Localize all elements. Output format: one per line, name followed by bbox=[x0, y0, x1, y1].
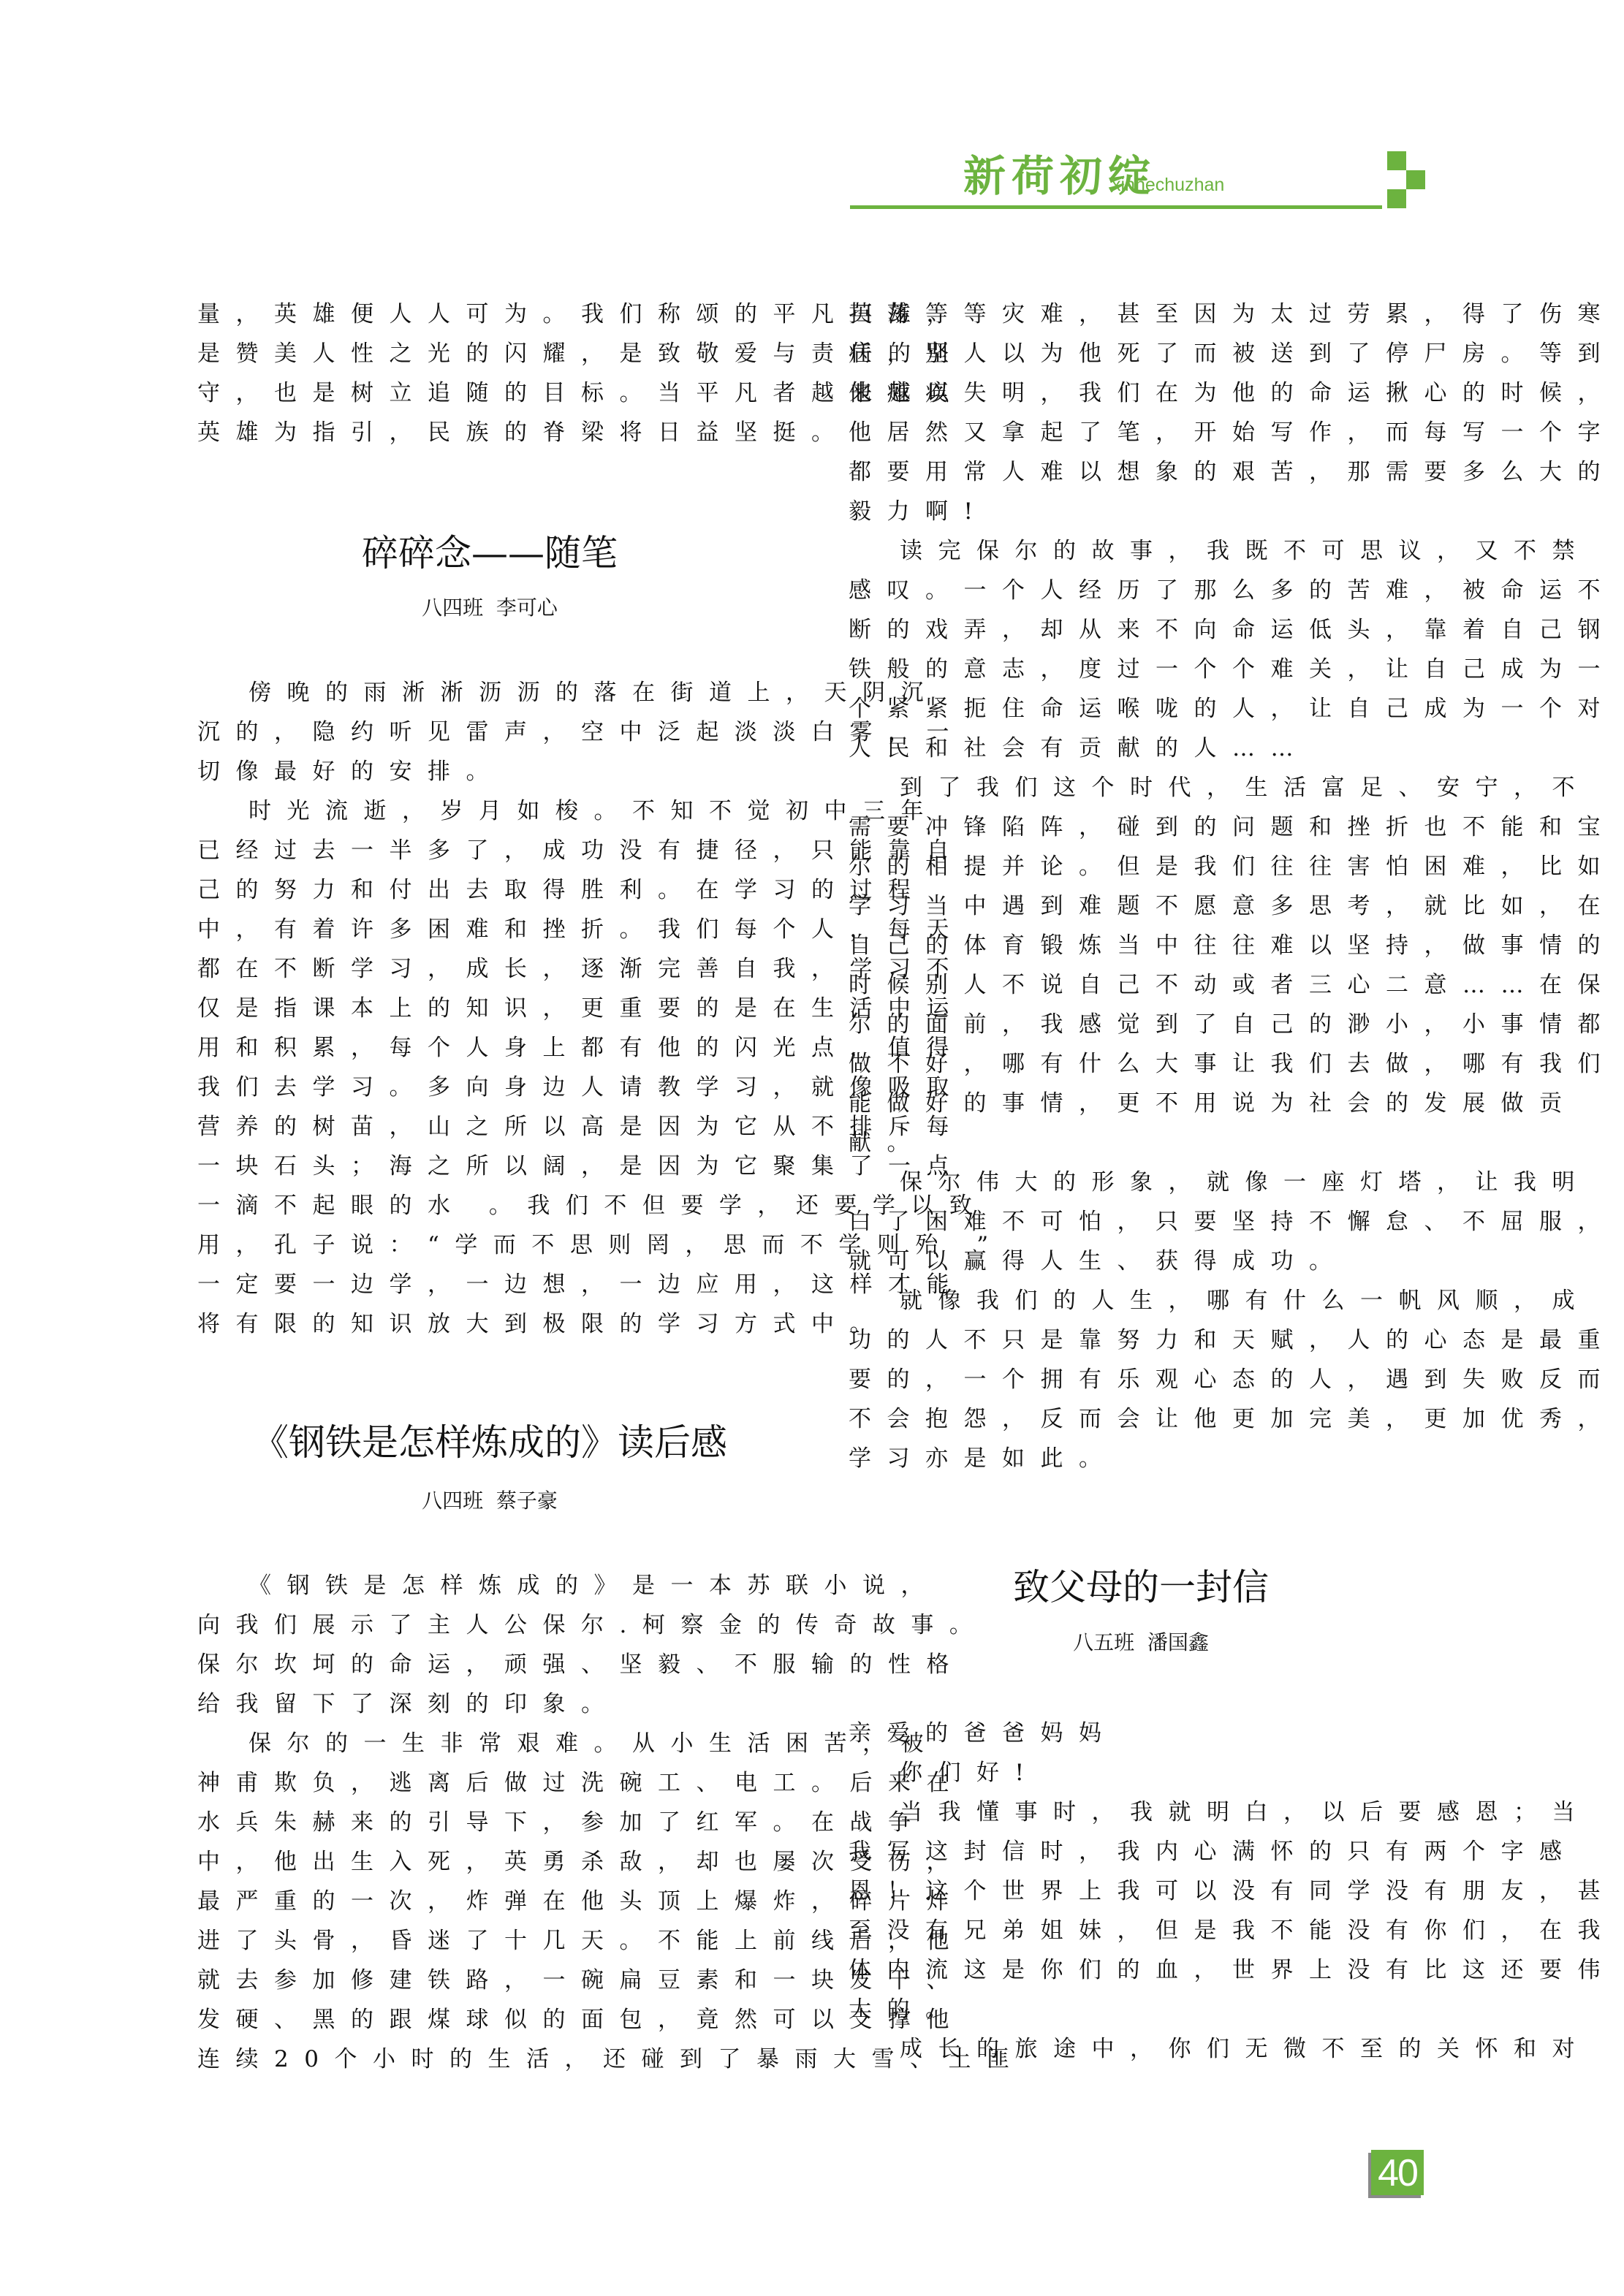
text-line: 英雄为指引，民族的脊梁将日益坚挺。 bbox=[197, 418, 782, 447]
text-line: 守，也是树立追随的目标。当平凡者越来越以 bbox=[197, 379, 782, 408]
text-line: 扫荡等等灾难，甚至因为太过劳累，得了伤寒 bbox=[849, 300, 1433, 329]
text-line: 时候别人不说自己不动或者三心二意……在保 bbox=[849, 970, 1433, 1000]
text-line: 我们去学习。多向身边人请教学习，就像吸取 bbox=[197, 1073, 782, 1102]
text-line: 就像我们的人生，哪有什么一帆风顺，成 bbox=[849, 1286, 1433, 1315]
text-line: 成长的旅途中，你们无微不至的关怀和对 bbox=[849, 2034, 1433, 2064]
text-line: 切像最好的安排。 bbox=[197, 757, 782, 786]
text-line: 体内流这是你们的血，世界上没有比这还要伟 bbox=[849, 1955, 1433, 1985]
text-line: 个紧紧扼住命运喉咙的人，让自己成为一个对 bbox=[849, 694, 1433, 723]
text-line: 至没有兄弟姐妹，但是我不能没有你们，在我 bbox=[849, 1916, 1433, 1945]
article-suisuinian-title: 碎碎念——随笔 bbox=[197, 530, 782, 577]
text-line: 断的戏弄，却从来不向命运低头，靠着自己钢 bbox=[849, 615, 1433, 645]
text-line: 就可以赢得人生、获得成功。 bbox=[849, 1247, 1433, 1276]
text-line: 用和积累，每个人身上都有他的闪光点，值得 bbox=[197, 1033, 782, 1063]
text-line: 尔的相提并论。但是我们往往害怕困难，比如 bbox=[849, 852, 1433, 881]
text-line: 献。 bbox=[849, 1128, 1433, 1157]
text-line: 恩！这个世界上我可以没有同学没有朋友，甚 bbox=[849, 1877, 1433, 1906]
text-line: 亲爱的爸爸妈妈 bbox=[849, 1719, 1433, 1748]
text-line: 感叹。一个人经历了那么多的苦难，被命运不 bbox=[849, 576, 1433, 605]
text-line: 毅力啊! bbox=[849, 497, 1433, 526]
text-line: 己的努力和付出去取得胜利。在学习的过程 bbox=[197, 875, 782, 905]
article-letter-author: 八五班 潘国鑫 bbox=[849, 1630, 1433, 1656]
text-line: 进了头骨，昏迷了十几天。不能上前线后，他 bbox=[197, 1926, 782, 1955]
text-line: 傍晚的雨淅淅沥沥的落在街道上，天阴沉 bbox=[197, 678, 782, 707]
text-line: 一块石头；海之所以阔，是因为它聚集了一点 bbox=[197, 1152, 782, 1181]
text-line: 功的人不只是靠努力和天赋，人的心态是最重 bbox=[849, 1326, 1433, 1355]
text-line: 保尔坎坷的命运，顽强、坚毅、不服输的性格 bbox=[197, 1650, 782, 1679]
text-line: 时光流逝，岁月如梭。不知不觉初中三年 bbox=[197, 797, 782, 826]
right-column: 扫荡等等灾难，甚至因为太过劳累，得了伤寒病，别人以为他死了而被送到了停尸房。等到… bbox=[849, 0, 1433, 2296]
text-line: 你们好! bbox=[849, 1758, 1433, 1787]
text-line: 白了困难不可怕，只要坚持不懈怠、不屈服， bbox=[849, 1207, 1433, 1236]
text-line: 中，他出生入死，英勇杀敌，却也屡次受伤， bbox=[197, 1847, 782, 1877]
text-line: 他瘫痪失明，我们在为他的命运揪心的时候， bbox=[849, 379, 1433, 408]
text-line: 营养的树苗，山之所以高是因为它从不排斥每 bbox=[197, 1112, 782, 1141]
text-line: 已经过去一半多了，成功没有捷径，只能靠自 bbox=[197, 836, 782, 865]
text-line: 做不好，哪有什么大事让我们去做，哪有我们 bbox=[849, 1049, 1433, 1079]
text-line: 自己的体育锻炼当中往往难以坚持，做事情的 bbox=[849, 931, 1433, 960]
text-line: 当我懂事时，我就明白，以后要感恩；当 bbox=[849, 1798, 1433, 1827]
left-column: 量，英雄便人人可为。我们称颂的平凡英雄，是赞美人性之光的闪耀，是致敬爱与责任的坚… bbox=[197, 0, 782, 2296]
text-line: 大的。 bbox=[849, 1995, 1433, 2024]
text-line: 仅是指课本上的知识，更重要的是在生活中运 bbox=[197, 994, 782, 1023]
text-line: 一定要一边学，一边想，一边应用，这样才能 bbox=[197, 1270, 782, 1299]
text-line: 铁般的意志，度过一个个难关，让自己成为一 bbox=[849, 655, 1433, 684]
text-line: 能做好的事情，更不用说为社会的发展做贡 bbox=[849, 1089, 1433, 1118]
text-line: 量，英雄便人人可为。我们称颂的平凡英雄， bbox=[197, 300, 782, 329]
article-gangtie-author: 八四班 蔡子豪 bbox=[197, 1488, 782, 1514]
text-line: 《钢铁是怎样炼成的》是一本苏联小说， bbox=[197, 1571, 782, 1600]
text-line: 要的，一个拥有乐观心态的人，遇到失败反而 bbox=[849, 1365, 1433, 1394]
text-line: 最严重的一次，炸弹在他头顶上爆炸，碎片炸 bbox=[197, 1887, 782, 1916]
text-line: 需要冲锋陷阵，碰到的问题和挫折也不能和宝 bbox=[849, 813, 1433, 842]
text-line: 到了我们这个时代，生活富足、安宁，不 bbox=[849, 773, 1433, 802]
text-line: 发硬、黑的跟煤球似的面包，竟然可以支撑他 bbox=[197, 2005, 782, 2034]
text-line: 将有限的知识放大到极限的学习方式中。 bbox=[197, 1309, 782, 1339]
text-line: 中，有着许多困难和挫折。我们每个人，每天 bbox=[197, 915, 782, 944]
text-line: 我写这封信时，我内心满怀的只有两个字感 bbox=[849, 1837, 1433, 1866]
text-line: 连续20个小时的生活，还碰到了暴雨大雪、土匪 bbox=[197, 2045, 782, 2074]
text-line: 就去参加修建铁路，一碗扁豆素和一块发干、 bbox=[197, 1966, 782, 1995]
text-line: 不会抱怨，反而会让他更加完美，更加优秀， bbox=[849, 1404, 1433, 1434]
text-line: 用，孔子说：“学而不思则罔，思而不学则殆 ” bbox=[197, 1231, 782, 1260]
text-line: 读完保尔的故事，我既不可思议，又不禁 bbox=[849, 536, 1433, 566]
text-line: 神甫欺负，逃离后做过洗碗工、电工。后来在 bbox=[197, 1768, 782, 1798]
text-line: 一滴不起眼的水 。我们不但要学，还要学以致 bbox=[197, 1191, 782, 1220]
text-line: 都在不断学习，成长，逐渐完善自我，学习不 bbox=[197, 954, 782, 984]
text-line: 病，别人以为他死了而被送到了停尸房。等到 bbox=[849, 339, 1433, 368]
text-line: 人民和社会有贡献的人…… bbox=[849, 734, 1433, 763]
text-line: 沉的，隐约听见雷声，空中泛起淡淡白雾，一 bbox=[197, 718, 782, 747]
text-line: 他居然又拿起了笔，开始写作，而每写一个字 bbox=[849, 418, 1433, 447]
article-suisuinian-author: 八四班 李可心 bbox=[197, 595, 782, 621]
text-line: 学习当中遇到难题不愿意多思考，就比如，在 bbox=[849, 892, 1433, 921]
text-line: 保尔的一生非常艰难。从小生活困苦，被 bbox=[197, 1729, 782, 1758]
text-line: 都要用常人难以想象的艰苦，那需要多么大的 bbox=[849, 457, 1433, 487]
article-gangtie-title: 《钢铁是怎样炼成的》读后感 bbox=[197, 1419, 782, 1466]
text-line: 给我留下了深刻的印象。 bbox=[197, 1689, 782, 1719]
article-letter-title: 致父母的一封信 bbox=[849, 1564, 1433, 1611]
text-line: 水兵朱赫来的引导下，参加了红军。在战争 bbox=[197, 1808, 782, 1837]
page-number: 40 bbox=[1371, 2150, 1424, 2195]
text-line: 保尔伟大的形象，就像一座灯塔，让我明 bbox=[849, 1168, 1433, 1197]
text-line: 是赞美人性之光的闪耀，是致敬爱与责任的坚 bbox=[197, 339, 782, 368]
text-line: 向我们展示了主人公保尔.柯察金的传奇故事。 bbox=[197, 1611, 782, 1640]
text-line: 学习亦是如此。 bbox=[849, 1444, 1433, 1473]
text-line: 尔的面前，我感觉到了自己的渺小，小事情都 bbox=[849, 1010, 1433, 1039]
